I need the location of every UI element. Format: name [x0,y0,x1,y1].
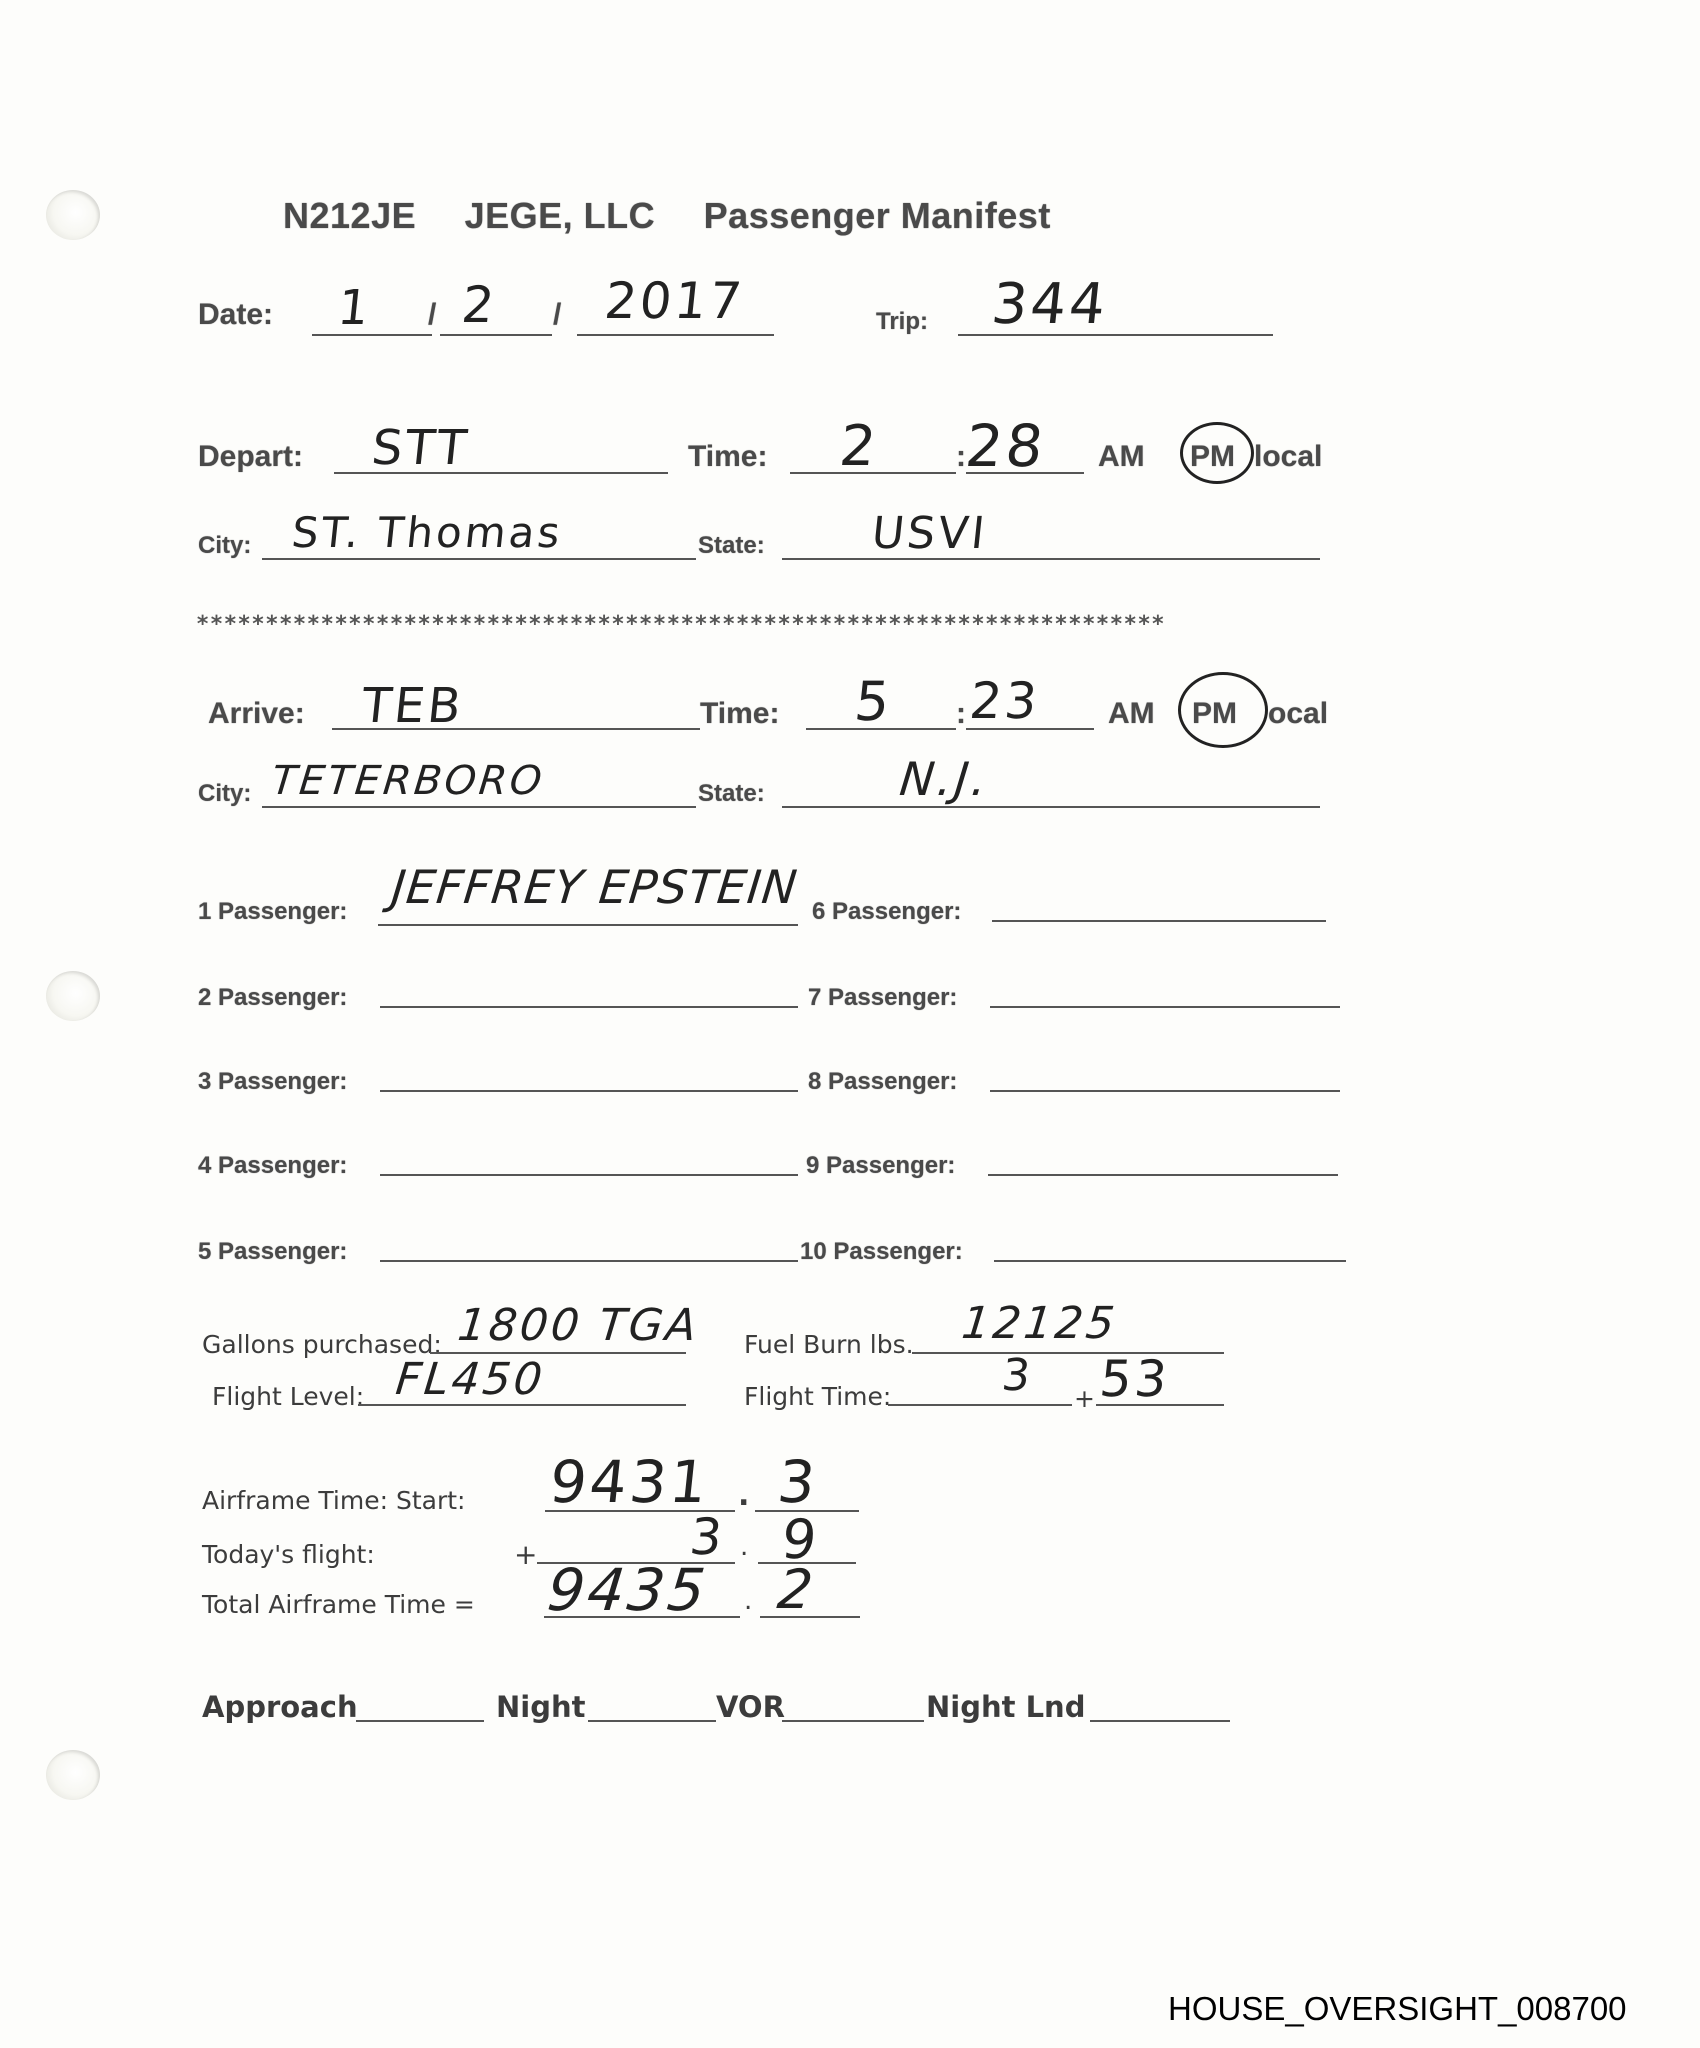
airframe-start-label: Airframe Time: Start: [202,1486,465,1515]
passenger-8-field[interactable] [990,1090,1340,1092]
depart-state-line [782,558,1320,560]
todays-flight-label: Today's flight: [202,1540,375,1569]
date-year-line [577,334,774,336]
approach-label: Approach [202,1690,358,1724]
depart-city-value[interactable]: ST. Thomas [289,508,565,557]
passenger-5-label: 5 Passenger: [198,1238,347,1266]
airframe-start-whole-value[interactable]: 9431 [546,1448,713,1516]
punch-hole-middle [46,971,100,1021]
passenger-9-label: 9 Passenger: [806,1152,955,1180]
passenger-2-field[interactable] [380,1006,798,1008]
night-label: Night [496,1690,585,1724]
punch-hole-bottom [46,1750,100,1800]
approach-field[interactable] [356,1720,484,1722]
passenger-6-field[interactable] [992,920,1326,922]
trip-label: Trip: [876,308,928,336]
depart-pm-circle-mark [1180,422,1254,484]
date-month-line [312,334,432,336]
arrive-city-value[interactable]: TETERBORO [270,758,547,804]
arrive-city-line [262,806,696,808]
depart-local-label: local [1254,440,1322,474]
vor-label: VOR [716,1690,785,1724]
tail-number: N212JE [283,195,416,236]
arrive-city-label: City: [198,780,251,808]
date-month-value[interactable]: 1 [335,280,374,336]
passenger-1-label: 1 Passenger: [198,898,347,926]
fuel-burn-label: Fuel Burn lbs. [744,1330,914,1359]
depart-label: Depart: [198,440,303,474]
night-landing-field[interactable] [1090,1720,1230,1722]
passenger-8-label: 8 Passenger: [808,1068,957,1096]
vor-field[interactable] [782,1720,924,1722]
passenger-4-label: 4 Passenger: [198,1152,347,1180]
flight-time-hours-value[interactable]: 3 [999,1350,1035,1401]
date-year-value[interactable]: 2017 [602,272,747,330]
depart-city-label: City: [198,532,251,560]
passenger-7-field[interactable] [990,1006,1340,1008]
bates-number: HOUSE_OVERSIGHT_008700 [1168,1990,1627,2028]
flight-time-hours-line [888,1404,1072,1406]
section-divider: ****************************************… [196,612,1165,637]
flight-level-value[interactable]: FL450 [393,1354,547,1405]
punch-hole-top [46,190,100,240]
depart-am-option[interactable]: AM [1098,440,1145,474]
date-day-value[interactable]: 2 [459,276,500,334]
depart-minute-value[interactable]: 28 [962,412,1049,480]
arrive-time-colon: : [956,697,966,731]
arrive-state-value[interactable]: N.J. [897,752,992,806]
arrive-airport-value[interactable]: TEB [359,678,466,734]
company-name: JEGE, LLC [465,195,656,236]
depart-city-line [262,558,696,560]
night-field[interactable] [588,1720,716,1722]
fuel-burn-value[interactable]: 12125 [959,1298,1119,1349]
passenger-7-label: 7 Passenger: [808,984,957,1012]
flight-time-minutes-value[interactable]: 53 [1097,1350,1173,1408]
todays-flight-dot: . [740,1532,748,1562]
manifest-title: Passenger Manifest [704,195,1051,236]
fuel-burn-line [912,1352,1224,1354]
passenger-10-label: 10 Passenger: [800,1238,963,1266]
passenger-10-field[interactable] [994,1260,1346,1262]
passenger-2-label: 2 Passenger: [198,984,347,1012]
flight-level-label: Flight Level: [212,1382,364,1411]
flight-time-label: Flight Time: [744,1382,891,1411]
depart-time-label: Time: [688,440,767,474]
arrive-pm-circle-mark [1178,672,1268,748]
passenger-9-field[interactable] [988,1174,1338,1176]
passenger-5-field[interactable] [380,1260,798,1262]
form-title: N212JE JEGE, LLC Passenger Manifest [283,195,1051,237]
gallons-purchased-value[interactable]: 1800 TGA [455,1300,701,1351]
total-airframe-decimal-value[interactable]: 2 [775,1558,819,1621]
passenger-1-line [378,924,798,926]
total-airframe-whole-value[interactable]: 9435 [544,1556,711,1624]
depart-airport-value[interactable]: STT [369,420,472,476]
arrive-label: Arrive: [208,697,305,731]
date-label: Date: [198,298,273,332]
passenger-4-field[interactable] [380,1174,798,1176]
date-sep-2: / [553,298,561,332]
date-day-line [440,334,552,336]
arrive-time-label: Time: [700,697,779,731]
total-airframe-dot: . [744,1586,752,1616]
depart-state-value[interactable]: USVI [869,508,990,559]
arrive-state-line [782,806,1320,808]
arrive-am-option[interactable]: AM [1108,697,1155,731]
arrive-hour-value[interactable]: 5 [852,670,896,733]
todays-flight-plus: + [514,1538,537,1571]
trip-value[interactable]: 344 [989,272,1112,337]
arrive-state-label: State: [698,780,765,808]
night-landing-label: Night Lnd [926,1690,1085,1724]
depart-hour-value[interactable]: 2 [837,414,882,479]
passenger-1-value[interactable]: JEFFREY EPSTEIN [389,860,800,914]
arrive-local-label: ocal [1268,697,1328,731]
total-airframe-label: Total Airframe Time = [202,1590,475,1619]
flight-time-separator: + [1074,1384,1095,1413]
airframe-start-decimal-value[interactable]: 3 [774,1448,821,1516]
airframe-start-dot: . [738,1478,749,1513]
passenger-3-label: 3 Passenger: [198,1068,347,1096]
date-sep-1: / [428,298,436,332]
arrive-minute-value[interactable]: 23 [967,672,1043,730]
passenger-3-field[interactable] [380,1090,798,1092]
passenger-6-label: 6 Passenger: [812,898,961,926]
depart-state-label: State: [698,532,765,560]
